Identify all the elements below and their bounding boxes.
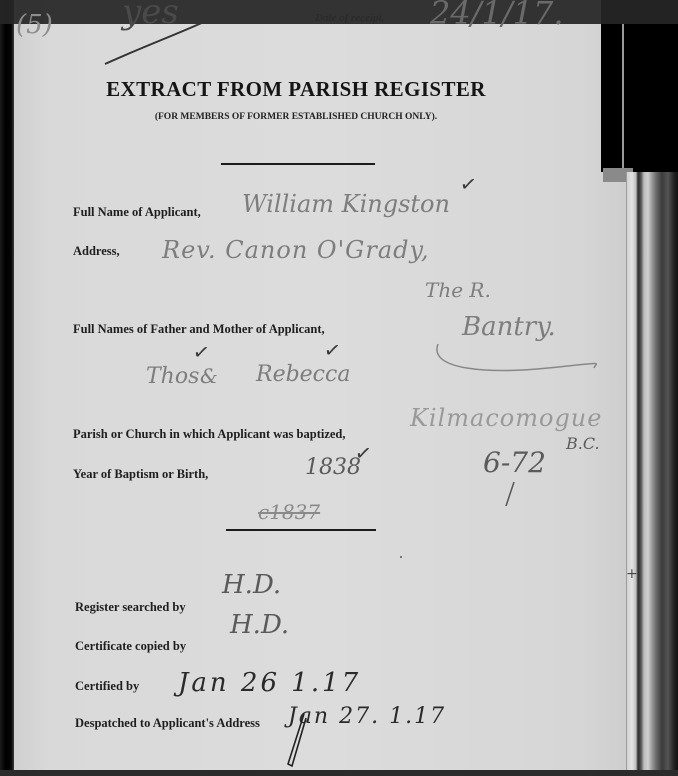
check-icon: ✓	[353, 440, 373, 466]
address-line-2: The R.	[425, 278, 491, 302]
check-icon: ✓	[322, 337, 342, 363]
title-rule	[221, 163, 375, 165]
date-of-receipt-label: Date of receipt,	[315, 12, 384, 24]
pen-stroke	[100, 18, 210, 68]
certificate-copied-by-label: Certificate copied by	[75, 639, 186, 654]
reference-stroke	[500, 480, 520, 510]
binding-highlight	[622, 24, 624, 174]
certified-by-label: Certified by	[75, 679, 139, 694]
mother-name: Rebecca	[256, 362, 350, 387]
right-shadow	[601, 0, 678, 172]
reference-number: 6-72	[483, 446, 546, 479]
despatched-stroke	[282, 712, 312, 772]
struck-year-value: c1837	[258, 500, 320, 524]
left-page-edge	[0, 0, 14, 776]
paper-speck	[400, 556, 402, 558]
register-searched-by-label: Register searched by	[75, 600, 186, 615]
address-line-3: Bantry.	[462, 312, 556, 342]
year-label: Year of Baptism or Birth,	[73, 467, 208, 482]
parents-label: Full Names of Father and Mother of Appli…	[73, 322, 325, 337]
certified-by-value: Jan 26 1.17	[178, 668, 361, 698]
address-label: Address,	[73, 244, 120, 259]
document-subtitle: (FOR MEMBERS OF FORMER ESTABLISHED CHURC…	[80, 112, 512, 122]
year-value: 1838	[305, 455, 361, 480]
reference-suffix: B.C.	[566, 434, 600, 453]
margin-mark: +	[626, 566, 638, 582]
check-icon: ✓	[191, 339, 211, 365]
document-title: EXTRACT FROM PARISH REGISTER	[80, 77, 512, 102]
section-rule	[226, 529, 376, 531]
viewer-bottom-bar[interactable]	[0, 770, 678, 776]
book-binding	[626, 172, 678, 776]
date-of-receipt-value: 24/1/17.	[430, 0, 564, 32]
register-searched-by-value: H.D.	[222, 570, 281, 600]
despatched-label: Despatched to Applicant's Address	[75, 716, 260, 731]
father-name: Thos	[146, 364, 199, 389]
parents-conjunction: &	[200, 364, 218, 388]
page-margin-line	[626, 172, 627, 776]
parish-value: Kilmacomogue	[410, 404, 602, 432]
document-viewer: (5) yes Date of receipt, 24/1/17. EXTRAC…	[0, 0, 678, 776]
parish-label: Parish or Church in which Applicant was …	[73, 427, 346, 442]
full-name-value: William Kingston	[242, 190, 450, 218]
address-flourish	[428, 340, 603, 380]
full-name-label: Full Name of Applicant,	[73, 205, 201, 220]
folio-mark: (5)	[16, 10, 53, 40]
certificate-copied-by-value: H.D.	[230, 610, 289, 640]
address-line-1: Rev. Canon O'Grady,	[162, 236, 430, 264]
check-icon: ✓	[458, 171, 478, 197]
